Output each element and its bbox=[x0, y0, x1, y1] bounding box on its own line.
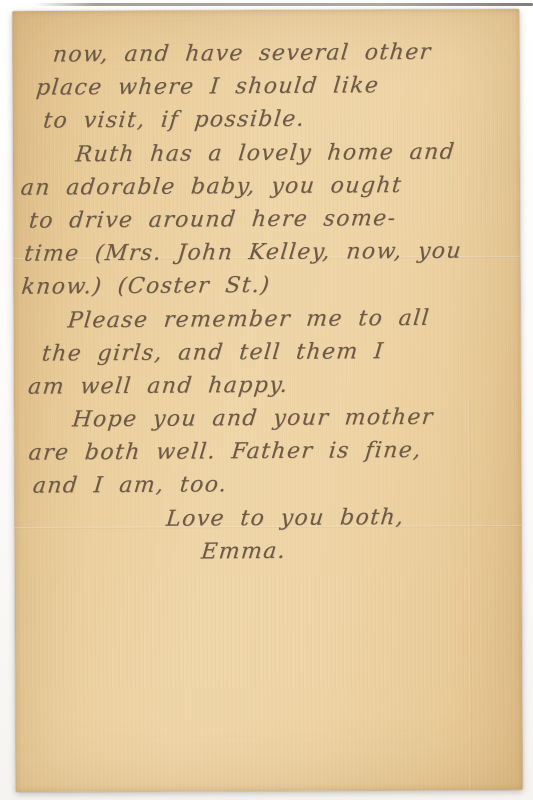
letter-page: now, and have several other place where … bbox=[12, 9, 522, 792]
letter-line: place where I should like bbox=[34, 68, 520, 105]
letter-line-paragraph-start: Please remember me to all bbox=[66, 301, 522, 337]
letter-line: an adorable baby, you ought bbox=[19, 168, 521, 205]
scan-background: now, and have several other place where … bbox=[0, 0, 533, 800]
signature-line: Emma. bbox=[200, 533, 524, 568]
letter-line: am well and happy. bbox=[27, 367, 523, 404]
letter-body: now, and have several other place where … bbox=[12, 35, 523, 570]
letter-line: and I am, too. bbox=[31, 467, 523, 504]
scan-edge-artifact bbox=[34, 3, 533, 6]
letter-line: to visit, if possible. bbox=[42, 102, 521, 139]
closing-line: Love to you both, bbox=[164, 500, 523, 536]
letter-line: to drive around here some- bbox=[27, 201, 521, 238]
letter-line: now, and have several other bbox=[51, 35, 520, 71]
letter-line: the girls, and tell them I bbox=[40, 334, 522, 371]
letter-line: know.) (Coster St.) bbox=[20, 268, 522, 305]
letter-line-paragraph-start: Hope you and your mother bbox=[71, 400, 523, 436]
letter-line: are both well. Father is fine, bbox=[27, 433, 523, 470]
letter-line: time (Mrs. John Kelley, now, you bbox=[23, 234, 522, 271]
letter-line-paragraph-start: Ruth has a lovely home and bbox=[74, 135, 521, 171]
